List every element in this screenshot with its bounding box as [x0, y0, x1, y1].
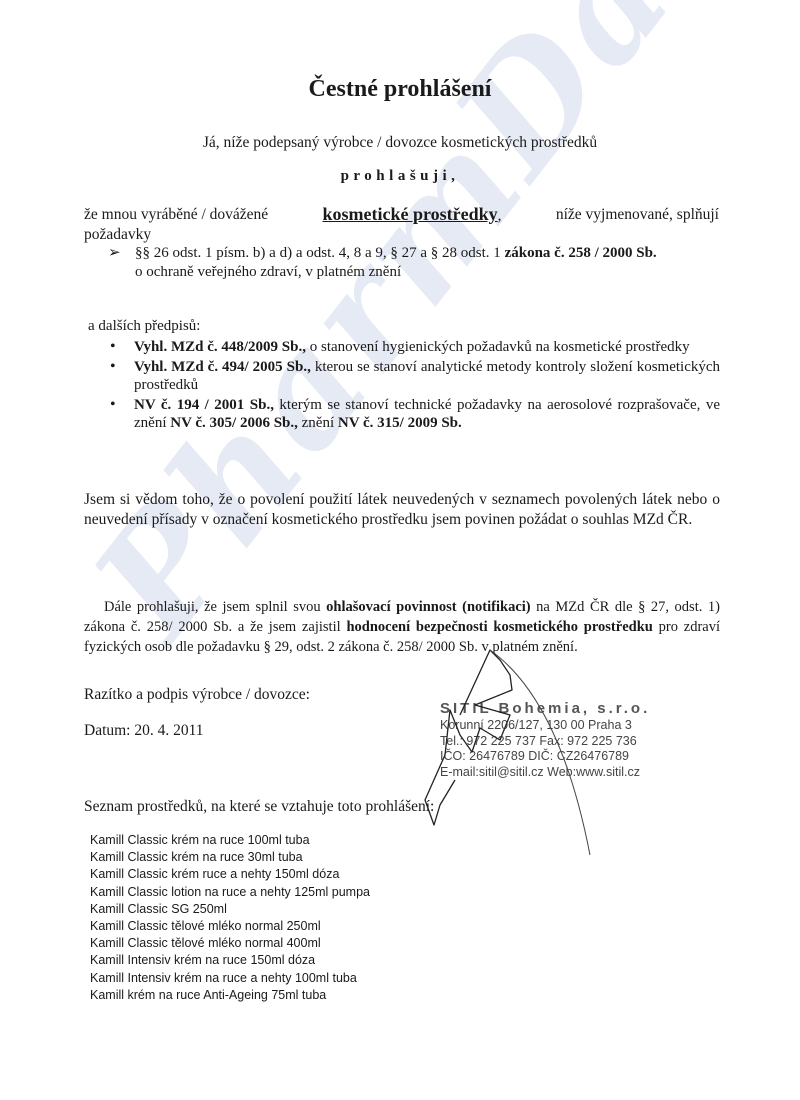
intro-line: Já, níže podepsaný výrobce / dovozce kos… [0, 134, 800, 152]
regulation-ref: NV č. 194 / 2001 Sb., [134, 397, 274, 413]
p3-text-1: Dále prohlašuji, že jsem splnil svou [104, 599, 326, 615]
p3-bold-2: hodnocení bezpečnosti kosmetického prost… [346, 619, 652, 635]
regulation-ref: Vyhl. MZd č. 494/ 2005 Sb., [134, 359, 311, 375]
product-item: Kamill Intensiv krém na ruce a nehty 100… [90, 970, 370, 987]
declare-line: prohlašuji, [0, 168, 800, 185]
arrow-bullet-icon: ➢ [108, 244, 121, 263]
awareness-paragraph: Jsem si vědom toho, že o povolení použit… [84, 490, 720, 530]
product-item: Kamill Classic krém na ruce 100ml tuba [90, 832, 370, 849]
regulation-ref-2: NV č. 305/ 2006 Sb., [170, 415, 298, 431]
document-page: Čestné prohlášení Já, níže podepsaný výr… [0, 0, 800, 1100]
compliance-paragraph: že mnou vyráběné / dovážené kosmetické p… [84, 205, 719, 244]
law-bold: zákona č. 258 / 2000 Sb. [505, 245, 657, 261]
stamp-address: Korunní 2206/127, 130 00 Praha 3 [440, 718, 750, 734]
product-item: Kamill Classic tělové mléko normal 400ml [90, 935, 370, 952]
regulation-ref: Vyhl. MZd č. 448/2009 Sb., [134, 339, 306, 355]
further-regulations-label: a dalších předpisů: [88, 318, 200, 335]
p1-comma: , [498, 207, 502, 224]
p1-part-c: níže vyjmenované, splňují [556, 205, 719, 225]
stamp-ids: IČO: 26476789 DIČ: CZ26476789 [440, 749, 750, 765]
regulation-item: Vyhl. MZd č. 494/ 2005 Sb., kterou se st… [110, 358, 720, 394]
product-item: Kamill krém na ruce Anti-Ageing 75ml tub… [90, 987, 370, 1004]
product-item: Kamill Classic krém ruce a nehty 150ml d… [90, 866, 370, 883]
product-item: Kamill Classic SG 250ml [90, 901, 370, 918]
law-line2: o ochraně veřejného zdraví, v platném zn… [135, 264, 401, 280]
company-stamp: SITIL Bohemia, s.r.o. Korunní 2206/127, … [440, 700, 750, 780]
notification-paragraph: Dále prohlašuji, že jsem splnil svou ohl… [84, 597, 720, 657]
regulations-list: Vyhl. MZd č. 448/2009 Sb., o stanovení h… [110, 338, 720, 434]
document-title: Čestné prohlášení [0, 76, 800, 103]
stamp-phones: Tel.: 972 225 737 Fax: 972 225 736 [440, 734, 750, 750]
stamp-company: SITIL Bohemia, s.r.o. [440, 700, 750, 718]
regulation-desc-2: znění [298, 415, 338, 431]
product-item: Kamill Intensiv krém na ruce 150ml dóza [90, 952, 370, 969]
stamp-contact: E-mail:sitil@sitil.cz Web:www.sitil.cz [440, 765, 750, 781]
stamp-signature-label: Razítko a podpis výrobce / dovozce: [84, 686, 310, 704]
regulation-item: NV č. 194 / 2001 Sb., kterým se stanoví … [110, 396, 720, 432]
product-item: Kamill Classic tělové mléko normal 250ml [90, 918, 370, 935]
date-line: Datum: 20. 4. 2011 [84, 722, 204, 740]
p1-part-a: že mnou vyráběné / dovážené [84, 205, 268, 225]
regulation-ref-3: NV č. 315/ 2009 Sb. [338, 415, 462, 431]
p1-line2: požadavky [84, 225, 719, 244]
regulation-item: Vyhl. MZd č. 448/2009 Sb., o stanovení h… [110, 338, 720, 356]
product-item: Kamill Classic lotion na ruce a nehty 12… [90, 884, 370, 901]
law-item: ➢ §§ 26 odst. 1 písm. b) a d) a odst. 4,… [108, 244, 720, 282]
products-list: Kamill Classic krém na ruce 100ml tubaKa… [90, 832, 370, 1004]
products-heading: Seznam prostředků, na které se vztahuje … [84, 798, 434, 816]
p3-bold-1: ohlašovací povinnost (notifikaci) [326, 599, 530, 615]
product-item: Kamill Classic krém na ruce 30ml tuba [90, 849, 370, 866]
regulation-desc: o stanovení hygienických požadavků na ko… [306, 339, 690, 355]
law-text: §§ 26 odst. 1 písm. b) a d) a odst. 4, 8… [135, 245, 501, 261]
cosmetic-products-highlight: kosmetické prostředky [323, 204, 498, 224]
